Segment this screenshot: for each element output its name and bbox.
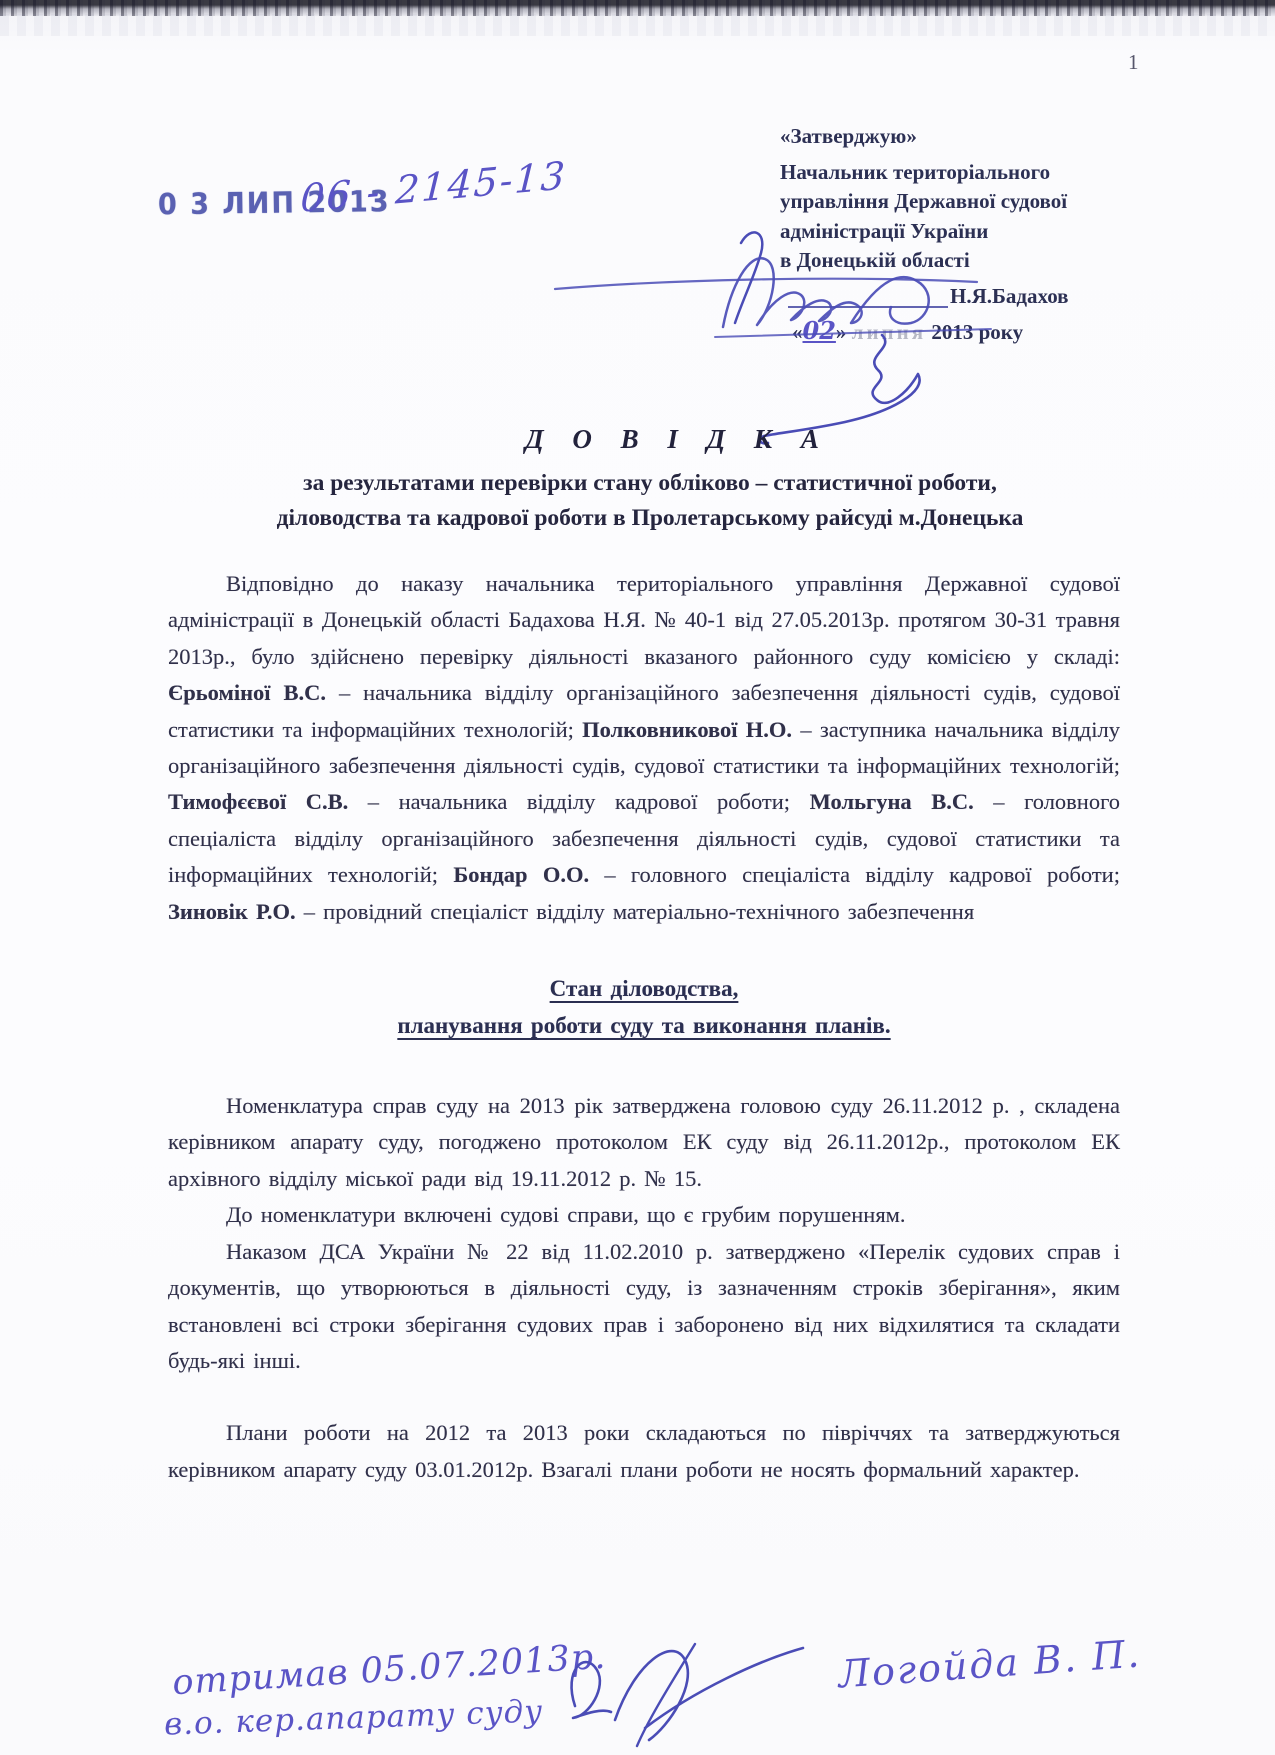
text-run: Наказом ДСА України № 22 від 11.02.2010 … bbox=[168, 1239, 1120, 1373]
text-run: До номенклатури включені судові справи, … bbox=[226, 1202, 906, 1227]
section-heading: Стан діловодства, планування роботи суду… bbox=[168, 970, 1120, 1044]
approval-line: в Донецькій області bbox=[780, 246, 1160, 276]
paragraph: Наказом ДСА України № 22 від 11.02.2010 … bbox=[168, 1234, 1120, 1380]
registration-number-handwritten: 06 - 2145-13 bbox=[299, 153, 568, 221]
emphasized-name: Бондар О.О. bbox=[453, 862, 589, 887]
emphasized-name: Тимофєєвої С.В. bbox=[168, 789, 348, 814]
page-number: 1 bbox=[1128, 50, 1139, 75]
section-heading-line: Стан діловодства, bbox=[168, 970, 1120, 1007]
text-run: Відповідно до наказу начальника територі… bbox=[168, 571, 1120, 669]
quote-close: » bbox=[836, 320, 847, 344]
text-run: Номенклатура справ суду на 2013 рік затв… bbox=[168, 1093, 1120, 1191]
section-heading-line: планування роботи суду та виконання план… bbox=[168, 1007, 1120, 1044]
text-run: – головного спеціаліста відділу кадрової… bbox=[589, 862, 1120, 887]
text-run: Плани роботи на 2012 та 2013 роки склада… bbox=[168, 1420, 1120, 1481]
signature-line bbox=[788, 306, 948, 308]
approval-block: «Затверджую» Начальник територіального у… bbox=[780, 122, 1160, 276]
approval-date-month-obscured: липня bbox=[852, 320, 926, 344]
document-body: Відповідно до наказу начальника територі… bbox=[168, 566, 1120, 1488]
approval-line: управління Державної судової bbox=[780, 187, 1160, 217]
subtitle-line: за результатами перевірки стану обліково… bbox=[0, 466, 1275, 501]
quote-open: « bbox=[792, 320, 803, 344]
paragraph: Відповідно до наказу начальника територі… bbox=[168, 566, 1120, 930]
approver-name: Н.Я.Бадахов bbox=[950, 284, 1069, 309]
emphasized-name: Полковникової Н.О. bbox=[582, 717, 792, 742]
emphasized-name: Мольгуна В.С. bbox=[810, 789, 974, 814]
paragraph: Номенклатура справ суду на 2013 рік затв… bbox=[168, 1088, 1120, 1197]
text-run: – начальника відділу кадрової роботи; bbox=[348, 789, 809, 814]
document-title: Д О В І Д К А bbox=[0, 424, 1275, 455]
body-paragraphs-2: Номенклатура справ суду на 2013 рік затв… bbox=[168, 1088, 1120, 1488]
document-subtitle: за результатами перевірки стану обліково… bbox=[0, 466, 1275, 536]
scanned-document-page: 1 0 3 ЛИП 2013 06 - 2145-13 «Затверджую»… bbox=[0, 0, 1275, 1755]
approval-date-line: «02» липня 2013 року bbox=[792, 316, 1023, 345]
approval-label: «Затверджую» bbox=[780, 122, 1160, 152]
approval-date-day-handwritten: 02 bbox=[803, 316, 836, 345]
approval-date-year: 2013 року bbox=[931, 320, 1023, 344]
paragraph: Плани роботи на 2012 та 2013 роки склада… bbox=[168, 1415, 1120, 1488]
emphasized-name: Єрьоміної В.С. bbox=[168, 680, 326, 705]
body-paragraphs-1: Відповідно до наказу начальника територі… bbox=[168, 566, 1120, 930]
receipt-note-line2: в.о. кер.апарату суду bbox=[163, 1693, 543, 1742]
approval-line: Начальник територіального bbox=[780, 158, 1160, 188]
text-run: – провідний спеціаліст відділу матеріаль… bbox=[296, 899, 975, 924]
paragraph: До номенклатури включені судові справи, … bbox=[168, 1197, 1120, 1233]
subtitle-line: діловодства та кадрової роботи в Пролета… bbox=[0, 501, 1275, 536]
emphasized-name: Зиновік Р.О. bbox=[168, 899, 296, 924]
approval-line: адміністрації України bbox=[780, 217, 1160, 247]
scan-edge-artifact-light bbox=[0, 14, 1275, 36]
receipt-signer-name: Логойда В. П. bbox=[837, 1631, 1143, 1696]
